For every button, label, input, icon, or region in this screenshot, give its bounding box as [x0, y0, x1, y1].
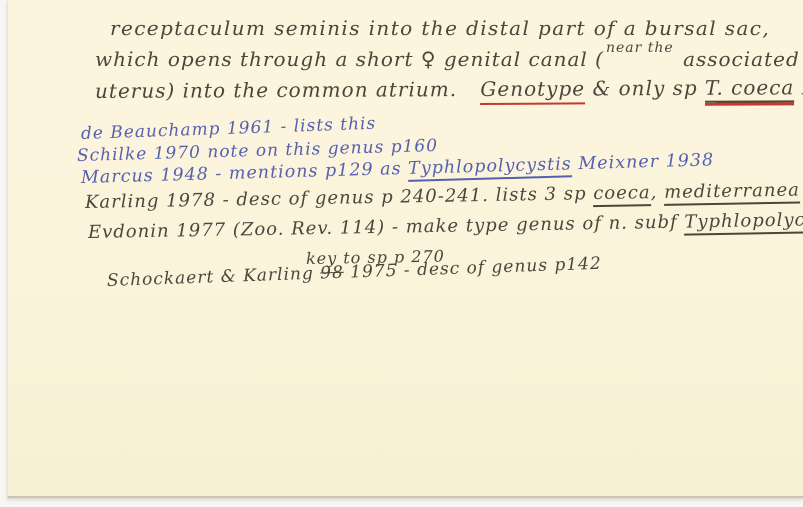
index-card: receptaculum seminis into the distal par…	[7, 0, 803, 498]
description-line-2: which opens through a short ♀ genital ca…	[95, 47, 803, 71]
description-text: receptaculum seminis into the distal par…	[110, 16, 770, 40]
description-line-3: uterus) into the common atrium. Genotype…	[95, 75, 803, 103]
scan-background: { "colors": { "card_background": "#fbf3d…	[0, 0, 803, 507]
species-name: mediterranea	[664, 180, 800, 206]
species-name: T. coeca	[705, 75, 794, 102]
description-line-1: receptaculum seminis into the distal par…	[110, 16, 770, 40]
reference-text: ,	[650, 182, 657, 203]
struck-year: 98	[320, 263, 344, 284]
reference-text: Schockaert & Karling	[107, 264, 315, 291]
description-text: uterus) into the common atrium.	[95, 77, 457, 103]
reference-evdonin-1977: Evdonin 1977 (Zoo. Rev. 114) - make type…	[88, 208, 803, 243]
genus-name: Typhlopolycystis	[408, 154, 572, 182]
subfamily-name: Typhlopolycystidinae	[684, 208, 803, 236]
genotype-term: Genotype	[480, 76, 585, 105]
species-name: coeca	[593, 182, 651, 207]
description-text: which opens through a short ♀ genital ca…	[95, 47, 604, 71]
description-text: associated with the	[683, 47, 803, 71]
description-text: & only sp	[592, 76, 697, 101]
insertion-note: near the	[606, 40, 674, 56]
reference-text: Karling 1978 - desc of genus p 240-241. …	[85, 183, 587, 213]
reference-text: Meixner 1938	[578, 150, 714, 174]
reference-text: Evdonin 1977 (Zoo. Rev. 114) - make type…	[88, 212, 678, 243]
